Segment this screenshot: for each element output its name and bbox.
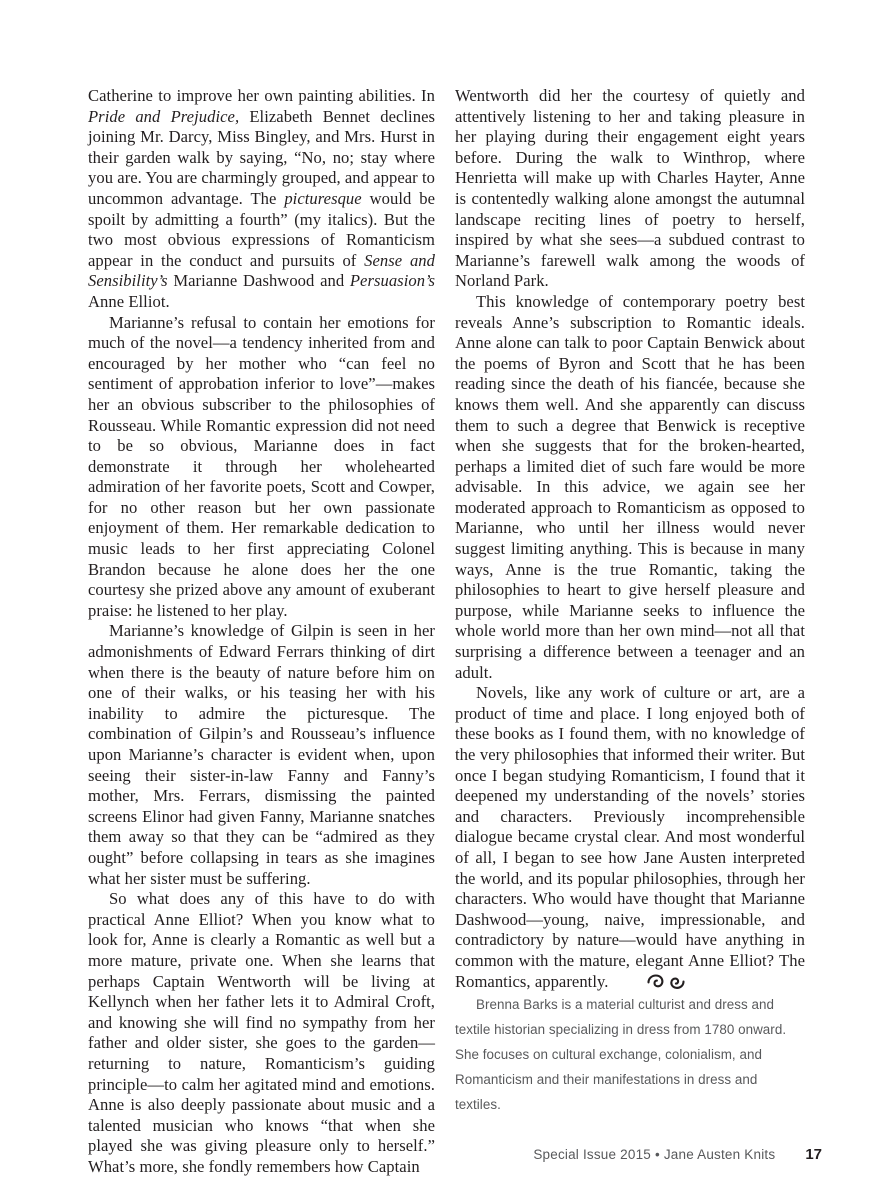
paragraph: Wentworth did her the courtesy of quietl… [455,86,805,292]
paragraph-text: Novels, like any work of culture or art,… [455,683,805,990]
footer-issue-label: Special Issue 2015 • Jane Austen Knits [533,1147,775,1162]
paragraph: This knowledge of contemporary poetry be… [455,292,805,683]
left-column: Catherine to improve her own painting ab… [88,86,435,1177]
paragraph: Marianne’s refusal to contain her emotio… [88,313,435,622]
paragraph: Catherine to improve her own painting ab… [88,86,435,313]
author-bio: Brenna Barks is a material culturist and… [455,992,805,1117]
paragraph: So what does any of this have to do with… [88,889,435,1177]
end-of-article-fleuron-icon [626,974,685,990]
paragraph: Marianne’s knowledge of Gilpin is seen i… [88,621,435,889]
paragraph: Novels, like any work of culture or art,… [455,683,805,992]
right-column: Wentworth did her the courtesy of quietl… [455,86,805,1117]
footer-page-number: 17 [805,1146,822,1163]
page-footer: Special Issue 2015 • Jane Austen Knits 1… [533,1146,822,1163]
magazine-page: Catherine to improve her own painting ab… [0,0,887,1200]
